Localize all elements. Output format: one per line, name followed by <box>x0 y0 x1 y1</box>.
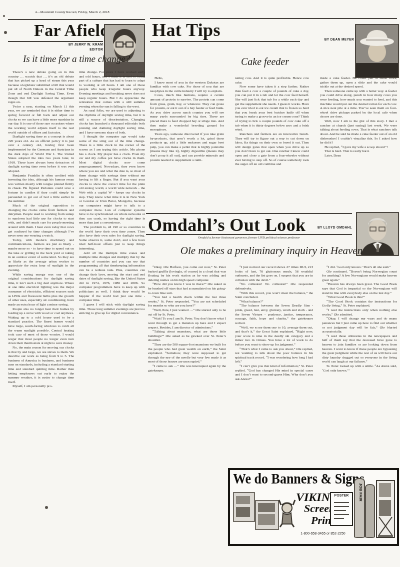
paragraph: Myself, I am personally pro- <box>8 384 74 388</box>
paragraph: Cows, much like humans, require a certai… <box>150 93 224 132</box>
stand-truss <box>377 517 394 537</box>
paragraph: St. Peter looked up with a smile. “As Al… <box>322 364 397 373</box>
paragraph: Ole continued. “Doesn’t being Norwegian … <box>322 269 397 282</box>
paragraph: Well, now I am to the gist of this story… <box>320 119 397 145</box>
banner-sample-thumbnail <box>255 500 279 530</box>
omdahl-column-3: “I did. ‘God only knows.’ That’s all she… <box>322 265 397 463</box>
divider <box>150 18 397 19</box>
far-afield-byline-role: EDITOR <box>8 48 103 54</box>
far-afield-column-1: There’s a new debate going on in this co… <box>8 70 74 534</box>
omdahl-title: Omdahl’s Out Look <box>148 215 306 236</box>
paragraph: “I read those obituaries in the newspape… <box>322 334 397 364</box>
portrait-man-cowboy-hat <box>356 25 398 77</box>
paragraph: I thought the computer age would take so… <box>79 135 145 225</box>
paragraph: Today, with modern machinery and communi… <box>8 238 74 272</box>
paragraph: Now some have taken it a step farther. R… <box>235 85 309 132</box>
divider <box>146 213 352 214</box>
paragraph: “No collusion! No collusion!” Ole respon… <box>235 282 313 291</box>
ad-phone: 1-800-658-3465 or 852-2250 <box>282 532 364 537</box>
ad-heading: We do Banners & Signs <box>233 470 364 488</box>
paragraph: People also no longer heat their homes b… <box>8 307 74 346</box>
paragraph: Later, Dean <box>320 153 397 157</box>
paragraph: time change. For years I have worked ear… <box>79 70 145 109</box>
hat-tips-title: Hat Tips <box>152 20 220 41</box>
paragraph: “Okay, I will change my ways and do many… <box>322 317 397 334</box>
newspaper-page: 4—Mountrail County Record, Friday, March… <box>0 0 400 567</box>
paragraph: “They are the 500 square-foot mansions w… <box>148 342 226 364</box>
omdahl-byline: BY LLOYD OMDAHL <box>298 226 352 232</box>
omdahl-subtitle: Omdahl a former lieutenant governor, for… <box>146 236 352 242</box>
paragraph: Add all the multiple time zones and mult… <box>79 251 145 303</box>
paragraph: Years ago, someone discovered if you tak… <box>150 132 224 162</box>
paragraph: “The Good Book contains the instructions… <box>322 299 397 308</box>
divider <box>150 41 300 42</box>
job-fair-flag: JOB FAIR <box>354 478 365 538</box>
banner-sample-thumbnail <box>233 492 255 522</box>
omdahl-column-2: “I just noticed our record shows 27 time… <box>235 265 313 463</box>
paragraph: “Wait! To you I am St. Peter. You don’t … <box>148 317 226 330</box>
paragraph: Daylight saving time as a concept is abo… <box>8 135 74 174</box>
viking-mascot <box>278 498 296 528</box>
folio-header: 4—Mountrail County Record, Friday, March… <box>35 10 167 17</box>
poster-sign: POSTER <box>330 492 353 526</box>
portrait-man-beard <box>105 25 144 76</box>
paragraph: made a cake feeder. He could yell at tho… <box>320 76 397 89</box>
banners-signs-ad: We do Banners & Signs VIKING Screen Prin… <box>228 468 399 546</box>
paragraph: Benjamin Franklin is often credited with… <box>8 173 74 203</box>
dean-meyer-photo <box>355 24 399 78</box>
hat-tips-byline: BY DEAN MEYER <box>302 38 354 44</box>
banner-stand <box>376 480 395 538</box>
job-fair-flag <box>365 484 375 538</box>
hat-tips-headline: Cake feeder <box>150 57 380 68</box>
paragraph: The problem is, all 190 or so countries … <box>79 225 145 251</box>
hat-tips-column-2: nating cow. And it is quite profitable. … <box>235 76 309 210</box>
far-afield-title: Far Afield <box>34 21 110 41</box>
paragraph: “How did you know I was in there?” Ole a… <box>148 282 226 295</box>
omdahl-headline: Ole makes a preliminary inquiry in Heave… <box>146 246 397 257</box>
far-afield-headline: Is it time for a time change? <box>8 55 145 65</box>
paragraph: I guess I will stick with daylight savin… <box>79 302 145 315</box>
paragraph: Then someone came up with a better way. … <box>320 89 397 119</box>
scan-speck <box>4 31 7 34</box>
paragraph: I know most of you in the western Dakota… <box>150 80 224 93</box>
paragraph: “That’s what I came to ask you about,” O… <box>235 347 313 364</box>
paragraph: “Heaven has always been great. The Good … <box>322 282 397 295</box>
paragraph: “I can’t give you that kind of informati… <box>235 364 313 381</box>
paragraph: “I just noticed our record shows 27 time… <box>235 265 313 282</box>
paragraph: “Talking about mansions, what are those … <box>148 330 226 343</box>
paragraph: nating cow. And it is quite profitable. … <box>235 76 309 85</box>
paragraph: There’s a new debate going on in this co… <box>8 70 74 104</box>
scan-speck <box>3 15 5 17</box>
paragraph: Twice a year, starting on March 11 this … <box>8 104 74 134</box>
paragraph: “I read the instructions only when nothi… <box>322 308 397 317</box>
paragraph: “Well, we score them one to 10, average … <box>235 325 313 347</box>
paragraph: As rural folks, we are used to adjusting… <box>79 109 145 135</box>
hat-tips-column-3: made a cake feeder. He could yell at tho… <box>320 76 397 210</box>
paragraph: “You had a health check within the last … <box>148 295 226 308</box>
job-fair-flag-label: JOB FAIR <box>359 483 364 501</box>
paragraph: “With this record, you won’t meet the ba… <box>235 291 313 300</box>
paragraph: Ranchers and farmers are an innovative b… <box>235 132 309 166</box>
divider <box>8 19 145 20</box>
paragraph: Much of the original opposition to chang… <box>8 203 74 237</box>
paragraph: “Okay, Ole Barfson, you come out now,” S… <box>148 265 226 282</box>
divider <box>146 234 352 235</box>
paragraph: No, the main reason for moving our clock… <box>8 346 74 385</box>
paragraph: While saving energy was one of the origi… <box>8 272 74 306</box>
hat-tips-column-1: Hello,I know most of you in the western … <box>150 76 224 210</box>
paragraph: “Well, Pete, I just wanted …” Ole starte… <box>148 308 226 317</box>
poster-label: POSTER <box>332 494 351 499</box>
divider <box>8 41 103 42</box>
paragraph: “The balance between the Seven Deadly Si… <box>235 304 313 326</box>
paragraph: “I came to ask …” Ole was interrupted ag… <box>148 364 226 373</box>
far-afield-column-2: time change. For years I have worked ear… <box>79 70 145 525</box>
omdahl-column-1: “Okay, Ole Barfson, you come out now,” S… <box>148 265 226 463</box>
